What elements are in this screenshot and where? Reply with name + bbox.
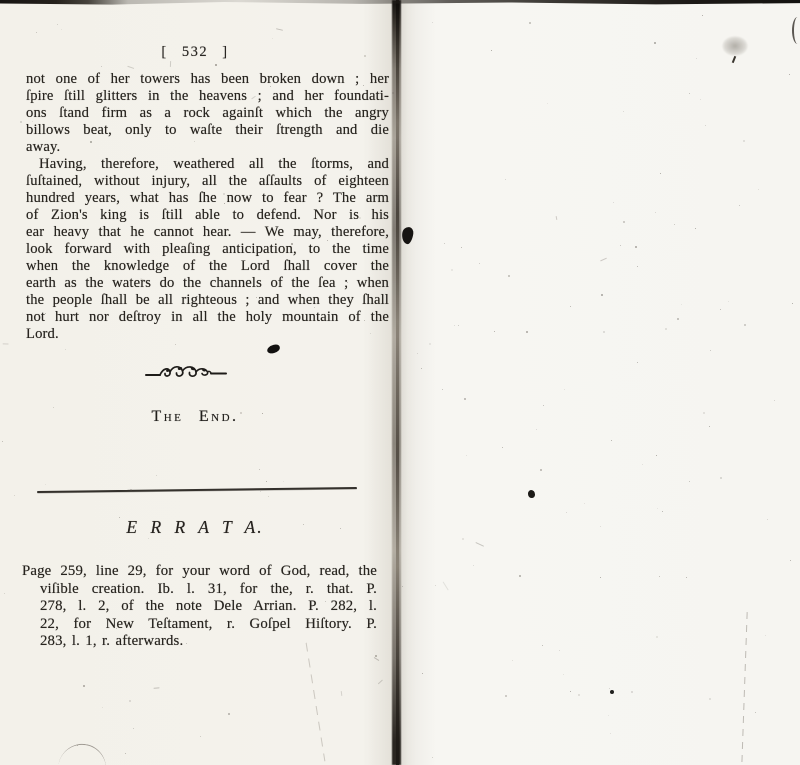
the-end-label: The End. [20, 408, 370, 426]
text-line: hundred years, what has ſhe now to fear … [26, 190, 389, 207]
text-line: Lord. [26, 326, 389, 343]
text-line: away. [26, 139, 389, 156]
text-line: ons ſtand firm as a rock againſt which t… [26, 105, 389, 122]
ink-blot [266, 344, 281, 355]
section-ornament-flourish-icon [145, 363, 227, 385]
text-line: not hurt nor deſtroy in all the holy mou… [26, 309, 389, 326]
book-gutter-fold-line [396, 0, 399, 765]
text-line: ſpire ſtill glitters in the heavens ; an… [26, 88, 389, 105]
scratch-mark [792, 17, 800, 44]
paragraph-2: Having, therefore, weathered all the ſto… [26, 156, 389, 343]
text-line: 283, l. 1, r. afterwards. [22, 633, 377, 651]
left-page: [ 532 ] not one of her towers has been b… [0, 0, 395, 765]
text-line: ear heavy that he cannot hear. — We may,… [26, 224, 389, 241]
text-line: Having, therefore, weathered all the ſto… [26, 156, 389, 173]
book-scan-page: [ 532 ] not one of her towers has been b… [0, 0, 800, 765]
text-line: 22, for New Teſtament, r. Goſpel Hiſtory… [22, 616, 377, 634]
ink-speck [528, 490, 535, 498]
ink-speck [732, 56, 736, 63]
text-line: Page 259, line 29, for your word of God,… [22, 563, 377, 581]
text-line: ſuſtained, without injury, all the aſſau… [26, 173, 389, 190]
smudge-mark [722, 36, 748, 56]
paper-crease [741, 612, 747, 765]
text-line: look forward with pleaſing anticipation,… [26, 241, 389, 258]
text-line: the people ſhall be all righteous ; and … [26, 292, 389, 309]
errata-paragraph: Page 259, line 29, for your word of God,… [22, 563, 377, 651]
text-line: earth as the waters do the channels of t… [26, 275, 389, 292]
text-line: of Zion's king is ſtill able to defend. … [26, 207, 389, 224]
right-page [401, 0, 800, 765]
paragraph-1: not one of her towers has been broken do… [26, 71, 389, 156]
text-line: when the knowledge of the Lord ſhall cov… [26, 258, 389, 275]
text-line: viſible creation. Ib. l. 31, for the, r.… [22, 581, 377, 599]
text-line: not one of her towers has been broken do… [26, 71, 389, 88]
errata-heading: E R R A T A. [20, 517, 370, 538]
ink-speck [610, 690, 614, 694]
section-divider-rule [37, 487, 357, 493]
text-line: 278, l. 2, of the note Dele Arrian. P. 2… [22, 598, 377, 616]
page-number: [ 532 ] [20, 44, 370, 61]
text-line: billows beat, only to waſte their ſtreng… [26, 122, 389, 139]
